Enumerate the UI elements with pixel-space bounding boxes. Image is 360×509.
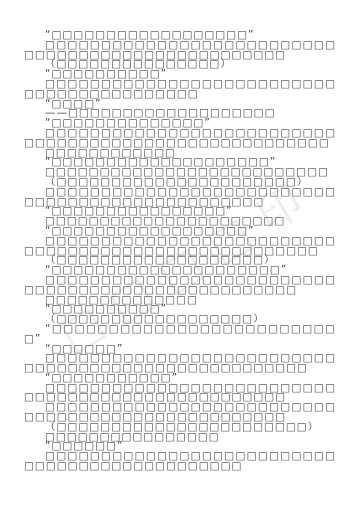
paragraph-n: □□□□□□□□□□□□□□□□□□□□□□□□□□□□□□□□□□□□□□□□… [24, 452, 336, 472]
paragraph-n: □□□□□□□□□□□□□□□□□□□□□□□□□□□□□□□□□□□□□□□□… [24, 276, 336, 296]
paragraph-n: □□□□□□□□□□□□□□□□□□□□□□□□□□□□□□□□□□□□□□□□… [24, 354, 336, 374]
paragraph-n: □□□□□□□□□□□□□□□□□□□□□□□□□□□□□□□□□□□□□□□□… [24, 403, 336, 423]
text-body: “□□□□□□□□□□□□□□□□□□”□□□□□□□□□□□□□□□□□□□□… [24, 31, 336, 472]
paragraph-n: □□□□□□□□□□□□□□□□□□□□□□□□□□□□□□□□□□□□□□□□… [24, 80, 336, 100]
novel-page: □□□□印 “□□□□□□□□□□□□□□□□□□”□□□□□□□□□□□□□□… [0, 0, 360, 509]
paragraph-d: “□□□□□□□□□□□□□□□□□□□□□□□□□□” [24, 325, 336, 345]
paragraph-n: □□□□□□□□□□□□□□□□□□□□□□□□□□□□□□□□□□□□□□□□… [24, 129, 336, 149]
